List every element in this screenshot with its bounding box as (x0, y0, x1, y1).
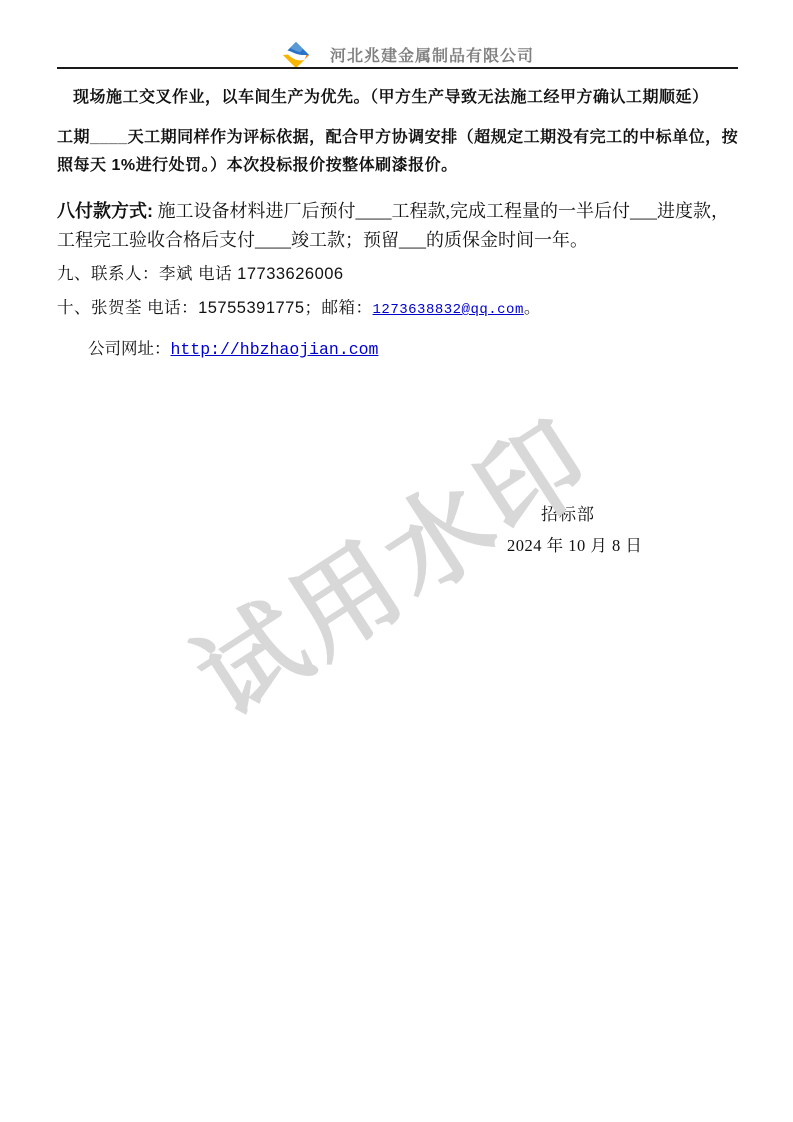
paragraph-payment-terms: 八付款方式: 施工设备材料进厂后预付____工程款,完成工程量的一半后付___进… (57, 197, 739, 255)
sentence-end: 。 (524, 299, 541, 317)
website-link[interactable]: http://hbzhaojian.com (171, 340, 379, 359)
website-label: 公司网址： (88, 339, 171, 358)
contact-text: 十、张贺荃 电话：15755391775；邮箱： (57, 299, 373, 317)
paragraph-site-work: 现场施工交叉作业，以车间生产为优先。（甲方生产导致无法施工经甲方确认工期顺延） (57, 87, 739, 109)
company-name: 河北兆建金属制品有限公司 (330, 43, 534, 66)
document-page: 河北兆建金属制品有限公司 现场施工交叉作业，以车间生产为优先。（甲方生产导致无法… (0, 0, 793, 1122)
contact-line-zhang-hequan: 十、张贺荃 电话：15755391775；邮箱：1273638832@qq.co… (57, 294, 541, 318)
document-date: 2024 年 10 月 8 日 (507, 532, 642, 556)
paragraph-construction-period: 工期____天工期同样作为评标依据，配合甲方协调安排（超规定工期没有完工的中标单… (57, 124, 739, 180)
header-divider (57, 67, 738, 69)
website-line: 公司网址：http://hbzhaojian.com (88, 335, 378, 359)
contact-line-li-bin: 九、联系人：李斌 电话 17733626006 (57, 260, 344, 284)
email-link[interactable]: 1273638832@qq.com (373, 302, 524, 318)
company-logo-icon (282, 41, 310, 69)
trial-watermark: 试用水印 (84, 314, 696, 809)
payment-terms-heading: 八付款方式: (57, 201, 153, 221)
department-signature: 招标部 (541, 500, 595, 525)
payment-terms-text: 施工设备材料进厂后预付____工程款,完成工程量的一半后付___进度款，工程完工… (57, 201, 729, 250)
